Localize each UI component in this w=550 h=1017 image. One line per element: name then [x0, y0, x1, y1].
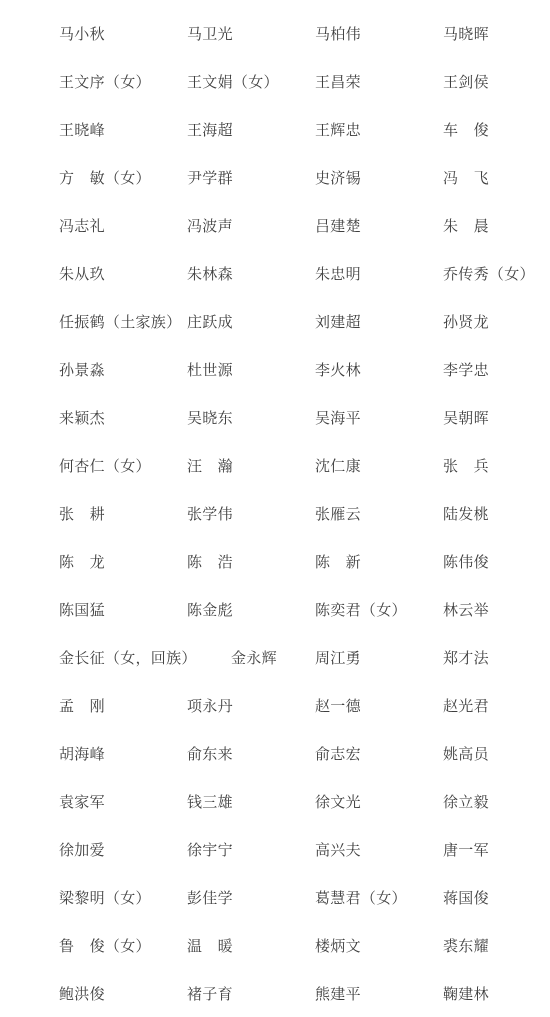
- name-cell: 杜世源: [187, 359, 233, 381]
- name-cell: 马卫光: [187, 23, 233, 45]
- name-row: 鲍洪俊 褚子育 熊建平 鞠建林: [0, 970, 550, 1017]
- name-cell: 金长征（女，回族）: [59, 647, 197, 669]
- name-cell: 王辉忠: [315, 119, 361, 141]
- name-cell: 钱三雄: [187, 791, 233, 813]
- name-cell: 张学伟: [187, 503, 233, 525]
- name-cell: 徐宇宁: [187, 839, 233, 861]
- name-cell: 陈 龙: [59, 551, 105, 573]
- name-cell: 何杏仁（女）: [59, 455, 151, 477]
- name-cell: 冯波声: [187, 215, 233, 237]
- name-row: 王晓峰 王海超 王辉忠 车 俊: [0, 106, 550, 154]
- name-cell: 乔传秀（女）: [443, 263, 535, 285]
- name-cell: 梁黎明（女）: [59, 887, 151, 909]
- name-cell: 郑才法: [443, 647, 489, 669]
- name-cell: 俞东来: [187, 743, 233, 765]
- name-cell: 温 暖: [187, 935, 233, 957]
- name-cell: 王文娟（女）: [187, 71, 279, 93]
- name-row: 来颖杰 吴晓东 吴海平 吴朝晖: [0, 394, 550, 442]
- name-row: 王文序（女） 王文娟（女） 王昌荣 王剑侯: [0, 58, 550, 106]
- name-row: 张 耕 张学伟 张雁云 陆发桃: [0, 490, 550, 538]
- name-cell: 张 耕: [59, 503, 105, 525]
- name-cell: 姚高员: [443, 743, 489, 765]
- name-cell: 王文序（女）: [59, 71, 151, 93]
- name-cell: 孙景淼: [59, 359, 105, 381]
- name-cell: 鲁 俊（女）: [59, 935, 151, 957]
- name-cell: 张雁云: [315, 503, 361, 525]
- name-cell: 徐加爱: [59, 839, 105, 861]
- name-row: 陈国猛 陈金彪 陈奕君（女） 林云举: [0, 586, 550, 634]
- name-cell: 俞志宏: [315, 743, 361, 765]
- name-cell: 陈奕君（女）: [315, 599, 407, 621]
- name-row: 何杏仁（女） 汪 瀚 沈仁康 张 兵: [0, 442, 550, 490]
- name-cell: 陈 新: [315, 551, 361, 573]
- name-cell: 胡海峰: [59, 743, 105, 765]
- name-cell: 徐立毅: [443, 791, 489, 813]
- name-cell: 吴朝晖: [443, 407, 489, 429]
- name-cell: 鞠建林: [443, 983, 489, 1005]
- name-row: 孟 刚 项永丹 赵一德 赵光君: [0, 682, 550, 730]
- name-cell: 葛慧君（女）: [315, 887, 407, 909]
- name-row: 袁家军 钱三雄 徐文光 徐立毅: [0, 778, 550, 826]
- name-cell: 鲍洪俊: [59, 983, 105, 1005]
- name-row: 陈 龙 陈 浩 陈 新 陈伟俊: [0, 538, 550, 586]
- name-cell: 金永辉: [231, 647, 277, 669]
- name-row: 方 敏（女） 尹学群 史济锡 冯 飞: [0, 154, 550, 202]
- name-cell: 吴晓东: [187, 407, 233, 429]
- name-cell: 刘建超: [315, 311, 361, 333]
- name-cell: 项永丹: [187, 695, 233, 717]
- name-cell: 任振鹤（土家族）: [59, 311, 181, 333]
- name-cell: 冯志礼: [59, 215, 105, 237]
- name-cell: 褚子育: [187, 983, 233, 1005]
- name-cell: 孙贤龙: [443, 311, 489, 333]
- name-cell: 陈国猛: [59, 599, 105, 621]
- name-cell: 朱从玖: [59, 263, 105, 285]
- name-cell: 马柏伟: [315, 23, 361, 45]
- name-list-grid: 马小秋 马卫光 马柏伟 马晓晖 王文序（女） 王文娟（女） 王昌荣 王剑侯 王晓…: [0, 0, 550, 1017]
- name-row: 梁黎明（女） 彭佳学 葛慧君（女） 蒋国俊: [0, 874, 550, 922]
- name-cell: 马小秋: [59, 23, 105, 45]
- name-cell: 赵光君: [443, 695, 489, 717]
- name-cell: 王晓峰: [59, 119, 105, 141]
- name-row: 孙景淼 杜世源 李火林 李学忠: [0, 346, 550, 394]
- name-cell: 熊建平: [315, 983, 361, 1005]
- name-cell: 冯 飞: [443, 167, 489, 189]
- name-cell: 王剑侯: [443, 71, 489, 93]
- name-cell: 孟 刚: [59, 695, 105, 717]
- name-cell: 吴海平: [315, 407, 361, 429]
- name-cell: 李火林: [315, 359, 361, 381]
- name-row: 鲁 俊（女） 温 暖 楼炳文 裘东耀: [0, 922, 550, 970]
- name-cell: 唐一军: [443, 839, 489, 861]
- name-cell: 朱 晨: [443, 215, 489, 237]
- name-cell: 张 兵: [443, 455, 489, 477]
- name-cell: 裘东耀: [443, 935, 489, 957]
- name-cell: 李学忠: [443, 359, 489, 381]
- name-cell: 方 敏（女）: [59, 167, 151, 189]
- name-cell: 周江勇: [315, 647, 361, 669]
- name-cell: 林云举: [443, 599, 489, 621]
- name-cell: 马晓晖: [443, 23, 489, 45]
- name-cell: 吕建楚: [315, 215, 361, 237]
- name-cell: 朱林森: [187, 263, 233, 285]
- name-cell: 蒋国俊: [443, 887, 489, 909]
- name-cell: 陈金彪: [187, 599, 233, 621]
- name-cell: 徐文光: [315, 791, 361, 813]
- name-row: 金长征（女，回族） 金永辉 周江勇 郑才法: [0, 634, 550, 682]
- name-cell: 赵一德: [315, 695, 361, 717]
- name-row: 胡海峰 俞东来 俞志宏 姚高员: [0, 730, 550, 778]
- name-row: 马小秋 马卫光 马柏伟 马晓晖: [0, 10, 550, 58]
- name-cell: 庄跃成: [187, 311, 233, 333]
- name-cell: 朱忠明: [315, 263, 361, 285]
- name-row: 朱从玖 朱林森 朱忠明 乔传秀（女）: [0, 250, 550, 298]
- name-cell: 高兴夫: [315, 839, 361, 861]
- name-cell: 车 俊: [443, 119, 489, 141]
- name-cell: 王海超: [187, 119, 233, 141]
- name-cell: 彭佳学: [187, 887, 233, 909]
- name-cell: 陈伟俊: [443, 551, 489, 573]
- name-cell: 汪 瀚: [187, 455, 233, 477]
- name-cell: 沈仁康: [315, 455, 361, 477]
- name-cell: 陈 浩: [187, 551, 233, 573]
- name-cell: 陆发桃: [443, 503, 489, 525]
- name-cell: 楼炳文: [315, 935, 361, 957]
- name-row: 冯志礼 冯波声 吕建楚 朱 晨: [0, 202, 550, 250]
- name-row: 任振鹤（土家族） 庄跃成 刘建超 孙贤龙: [0, 298, 550, 346]
- name-row: 徐加爱 徐宇宁 高兴夫 唐一军: [0, 826, 550, 874]
- name-cell: 来颖杰: [59, 407, 105, 429]
- name-cell: 袁家军: [59, 791, 105, 813]
- name-cell: 王昌荣: [315, 71, 361, 93]
- name-cell: 尹学群: [187, 167, 233, 189]
- name-cell: 史济锡: [315, 167, 361, 189]
